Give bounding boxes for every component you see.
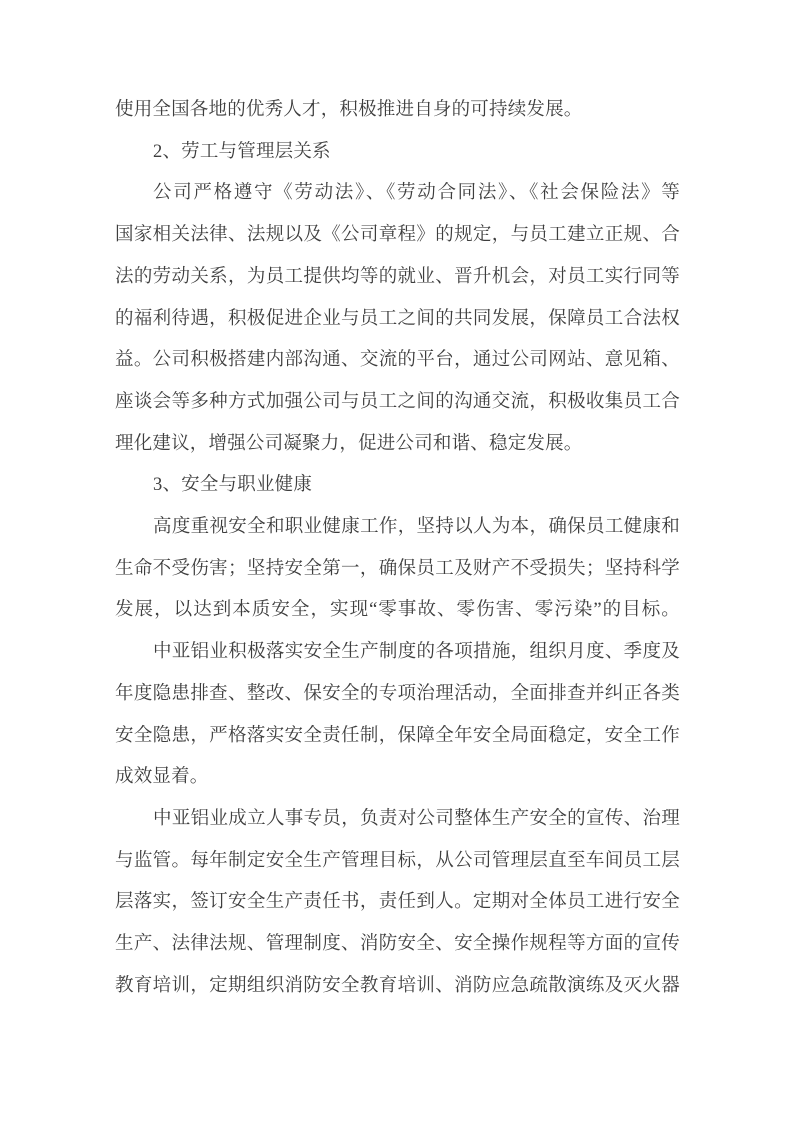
text-line: 发展，以达到本质安全，实现“零事故、零伤害、零污染”的目标。	[115, 590, 680, 632]
text-line: 成效显着。	[115, 757, 680, 799]
text-line: 生产、法律法规、管理制度、消防安全、安全操作规程等方面的宣传	[115, 924, 680, 966]
text-line: 高度重视安全和职业健康工作，坚持以人为本，确保员工健康和	[115, 507, 680, 549]
text-line: 理化建议，增强公司凝聚力，促进公司和谐、稳定发展。	[115, 424, 680, 466]
text-line: 教育培训，定期组织消防安全教育培训、消防应急疏散演练及灭火器	[115, 966, 680, 1008]
text-line: 层落实，签订安全生产责任书，责任到人。定期对全体员工进行安全	[115, 882, 680, 924]
text-line: 中亚铝业成立人事专员，负责对公司整体生产安全的宣传、治理	[115, 799, 680, 841]
text-line: 使用全国各地的优秀人才，积极推进自身的可持续发展。	[115, 90, 680, 132]
document-body: 使用全国各地的优秀人才，积极推进自身的可持续发展。2、劳工与管理层关系公司严格遵…	[115, 90, 680, 1007]
heading-line: 3、安全与职业健康	[115, 465, 680, 507]
document-page: 使用全国各地的优秀人才，积极推进自身的可持续发展。2、劳工与管理层关系公司严格遵…	[0, 0, 794, 1123]
text-line: 生命不受伤害；坚持安全第一，确保员工及财产不受损失；坚持科学	[115, 549, 680, 591]
text-line: 公司严格遵守《劳动法》、《劳动合同法》、《社会保险法》等	[115, 173, 680, 215]
text-line: 中亚铝业积极落实安全生产制度的各项措施，组织月度、季度及	[115, 632, 680, 674]
text-line: 国家相关法律、法规以及《公司章程》的规定，与员工建立正规、合	[115, 215, 680, 257]
text-line: 的福利待遇，积极促进企业与员工之间的共同发展，保障员工合法权	[115, 299, 680, 341]
text-line: 安全隐患，严格落实安全责任制，保障全年安全局面稳定，安全工作	[115, 716, 680, 758]
text-line: 座谈会等多种方式加强公司与员工之间的沟通交流，积极收集员工合	[115, 382, 680, 424]
heading-line: 2、劳工与管理层关系	[115, 132, 680, 174]
text-line: 法的劳动关系，为员工提供均等的就业、晋升机会，对员工实行同等	[115, 257, 680, 299]
text-line: 与监管。每年制定安全生产管理目标，从公司管理层直至车间员工层	[115, 841, 680, 883]
text-line: 年度隐患排查、整改、保安全的专项治理活动，全面排查并纠正各类	[115, 674, 680, 716]
text-line: 益。公司积极搭建内部沟通、交流的平台，通过公司网站、意见箱、	[115, 340, 680, 382]
